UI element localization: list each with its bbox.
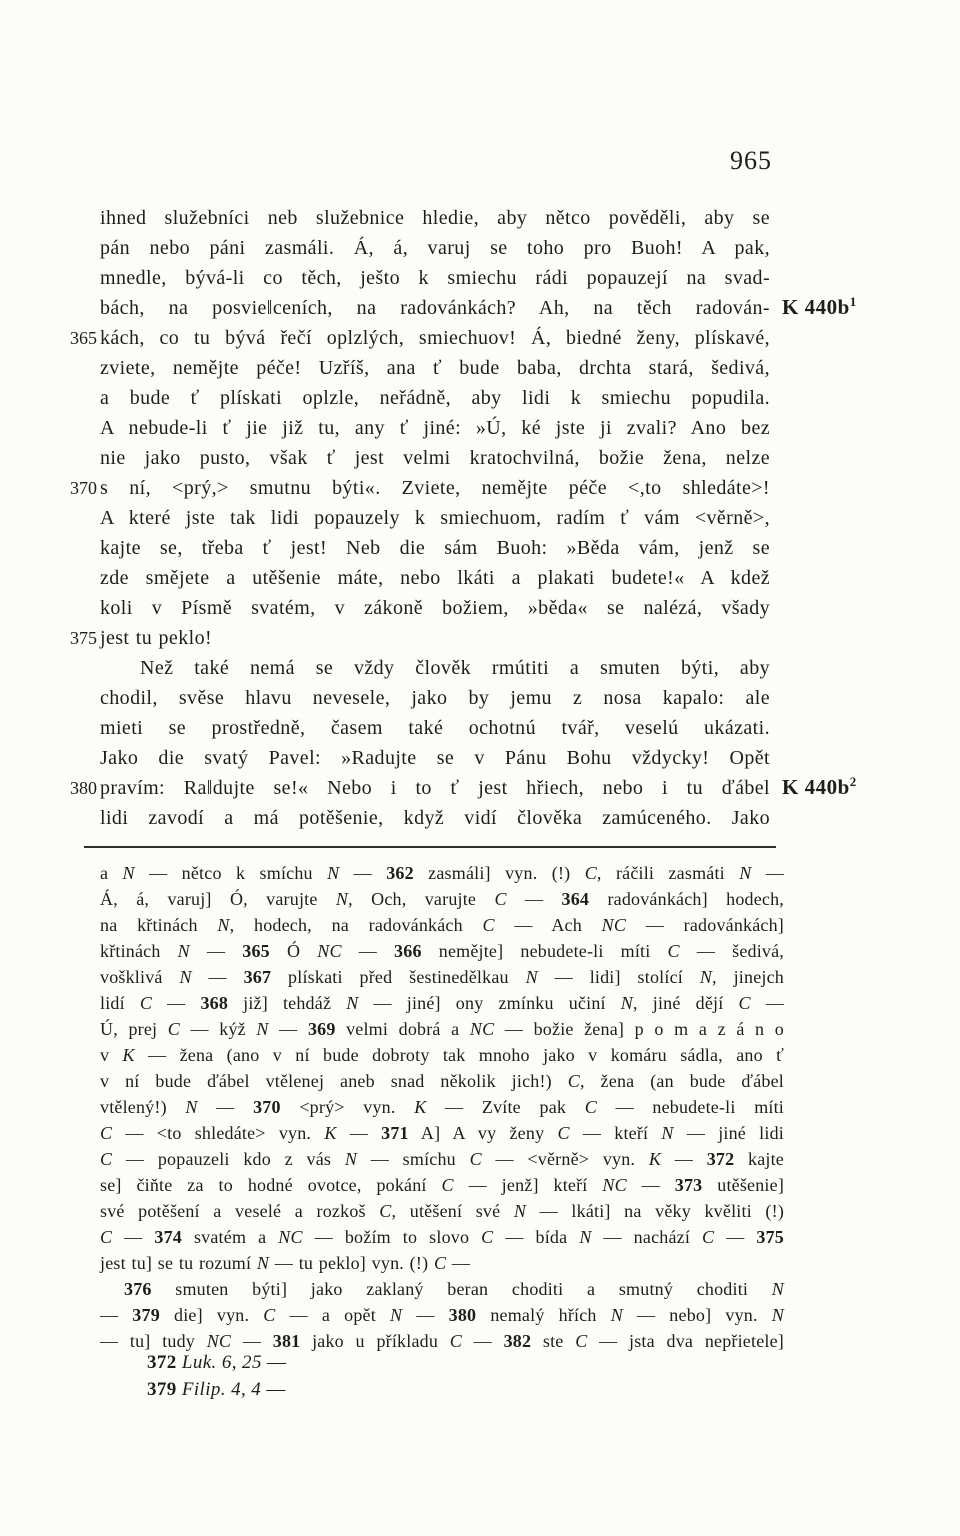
manuscript-siglum: N xyxy=(661,1123,673,1143)
text-segment: bách, na posvie‖ceních, na radovánkách? … xyxy=(100,297,770,319)
text-segment: křtinách xyxy=(100,941,178,961)
manuscript-siglum: NC xyxy=(470,1019,494,1039)
manuscript-siglum: C xyxy=(585,1097,597,1117)
manuscript-siglum: N xyxy=(336,889,348,909)
apparatus-line: 376 smuten býti] jako zaklaný beran chod… xyxy=(100,1276,784,1302)
line-reference-number: 369 xyxy=(308,1019,336,1039)
apparatus-line: lidí C — 368 již] tehdáž N — jiné] ony z… xyxy=(100,990,784,1016)
manuscript-siglum: C xyxy=(470,1149,482,1169)
text-segment: jest tu] se tu rozumí xyxy=(100,1253,257,1273)
main-text-line: 375jest tu peklo! xyxy=(100,623,770,653)
text-segment: — kýž xyxy=(180,1019,256,1039)
line-reference-number: 374 xyxy=(154,1227,182,1247)
verse-line-number: 380 xyxy=(70,773,97,803)
main-text-line: ihned služebníci neb služebnice hledie, … xyxy=(100,203,770,233)
critical-apparatus-block: a N — nětco k smíchu N — 362 zasmáli] vy… xyxy=(100,860,784,1354)
text-segment: — xyxy=(507,889,562,909)
manuscript-siglum: C xyxy=(168,1019,180,1039)
manuscript-siglum: N xyxy=(257,1253,269,1273)
apparatus-line: v ní bude ďábel vtělenej aneb snad někol… xyxy=(100,1068,784,1094)
text-segment: již] tehdáž xyxy=(228,993,346,1013)
text-segment: vtělený!) xyxy=(100,1097,185,1117)
text-segment: velmi dobrá a xyxy=(336,1019,470,1039)
main-text-line: zviete, nemějte péče! Uzříš, ana ť bude … xyxy=(100,353,770,383)
manuscript-siglum: C xyxy=(379,1201,391,1221)
manuscript-siglum: N xyxy=(514,1201,526,1221)
text-segment: — xyxy=(190,941,242,961)
text-segment: jest tu peklo! xyxy=(100,627,212,649)
main-text-line: pán nebo páni zasmáli. Á, á, varuj se to… xyxy=(100,233,770,263)
text-segment: — xyxy=(661,1149,707,1169)
text-segment: — xyxy=(751,993,784,1013)
main-text-line: koli v Písmě svatém, v zákoně božiem, »b… xyxy=(100,593,770,623)
main-text-line: nie jako pusto, však ť jest velmi kratoc… xyxy=(100,443,770,473)
manuscript-siglum: C xyxy=(575,1331,587,1351)
line-reference-number: 372 xyxy=(147,1352,177,1373)
text-segment: kách, co tu bývá řečí oplzlých, smiechuo… xyxy=(100,327,770,349)
text-segment: — kteří xyxy=(570,1123,662,1143)
main-text-line: bách, na posvie‖ceních, na radovánkách? … xyxy=(100,293,770,323)
apparatus-line: na křtinách N, hodech, na radovánkách C … xyxy=(100,912,784,938)
folio-superscript: 2 xyxy=(850,774,857,789)
text-segment: v xyxy=(100,1045,123,1065)
manuscript-siglum: C xyxy=(702,1227,714,1247)
text-segment: <prý> vyn. xyxy=(281,1097,415,1117)
apparatus-line: Á, á, varuj] Ó, varujte N, Och, varujte … xyxy=(100,886,784,912)
text-segment: — xyxy=(269,1019,308,1039)
text-segment: — smíchu xyxy=(357,1149,470,1169)
text-segment: na křtinách xyxy=(100,915,217,935)
text-segment: A nebude-li ť jie již tu, any ť jiné: »Ú… xyxy=(100,417,770,439)
line-reference-number: 366 xyxy=(394,941,422,961)
text-segment: — nebudete-li míti xyxy=(597,1097,784,1117)
text-segment: nemějte] nebudete-li míti xyxy=(422,941,668,961)
text-segment: — <věrně> vyn. xyxy=(482,1149,649,1169)
text-segment: nemalý hřích xyxy=(476,1305,610,1325)
text-segment: kajte xyxy=(734,1149,784,1169)
text-segment: — xyxy=(339,863,386,883)
line-reference-number: 365 xyxy=(242,941,270,961)
main-text-line: Než také nemá se vždy člověk rmútiti a s… xyxy=(100,653,770,683)
manuscript-siglum: N xyxy=(345,1149,357,1169)
line-reference-number: 364 xyxy=(562,889,590,909)
text-segment: , utěšení své xyxy=(392,1201,514,1221)
text-segment: — xyxy=(262,1352,287,1373)
manuscript-siglum: N xyxy=(179,967,191,987)
text-segment: — jenž] kteří xyxy=(454,1175,603,1195)
line-reference-number: 379 xyxy=(132,1305,160,1325)
text-segment: , hodech, na radovánkách xyxy=(230,915,483,935)
manuscript-siglum: N xyxy=(123,863,135,883)
manuscript-siglum: C xyxy=(263,1305,275,1325)
apparatus-line: v K — žena (ano v ní bude dobroty tak mn… xyxy=(100,1042,784,1068)
apparatus-line: jest tu] se tu rozumí N — tu peklo] vyn.… xyxy=(100,1250,784,1276)
manuscript-siglum: C xyxy=(100,1149,112,1169)
manuscript-siglum: Filip. 4, 4 xyxy=(182,1379,261,1400)
text-segment: lidi zavodí a má potěšenie, když vidí čl… xyxy=(100,807,770,829)
text-segment: — božím to slovo xyxy=(303,1227,481,1247)
main-text-line: Jako die svatý Pavel: »Radujte se v Pánu… xyxy=(100,743,770,773)
text-segment: — xyxy=(152,993,200,1013)
apparatus-line: vošklivá N — 367 plískati před šestinedě… xyxy=(100,964,784,990)
main-text-line: zde smějete a utěšenie máte, nebo lkáti … xyxy=(100,563,770,593)
text-segment: — jsta dva nepřietele] xyxy=(587,1331,784,1351)
text-segment: — popauzeli kdo z vás xyxy=(112,1149,345,1169)
manuscript-siglum: NC xyxy=(317,941,341,961)
main-text-line: chodil, svěse hlavu nevesele, jako by je… xyxy=(100,683,770,713)
text-segment: — radovánkách] xyxy=(626,915,784,935)
manuscript-siglum: N xyxy=(739,863,751,883)
manuscript-siglum: NC xyxy=(207,1331,231,1351)
line-reference-number: 370 xyxy=(253,1097,281,1117)
text-segment: — lkáti] na věky kvěliti (!) xyxy=(526,1201,784,1221)
text-segment: — tu peklo] vyn. (!) xyxy=(269,1253,434,1273)
line-reference-number: 375 xyxy=(756,1227,784,1247)
apparatus-line: C — <to shledáte> vyn. K — 371 A] A vy ž… xyxy=(100,1120,784,1146)
main-text-line: mieti se prostředně, časem také ochotnú … xyxy=(100,713,770,743)
manuscript-siglum: N xyxy=(185,1097,197,1117)
text-segment: nie jako pusto, však ť jest velmi kratoc… xyxy=(100,447,770,469)
text-segment: — Zvíte pak xyxy=(426,1097,584,1117)
apparatus-line: křtinách N — 365 Ó NC — 366 nemějte] neb… xyxy=(100,938,784,964)
reference-line: 372 Luk. 6, 25 — xyxy=(147,1349,647,1376)
manuscript-siglum: NC xyxy=(602,1175,626,1195)
text-segment: plískati před šestinedělkau xyxy=(271,967,525,987)
text-segment: jako u příkladu xyxy=(300,1331,449,1351)
text-segment: — lidi] stolící xyxy=(538,967,700,987)
text-segment: — šedivá, xyxy=(680,941,784,961)
text-segment: a bude ť plískati oplzle, neřádně, aby l… xyxy=(100,387,770,409)
biblical-references-block: 372 Luk. 6, 25 —379 Filip. 4, 4 — xyxy=(147,1349,647,1403)
text-segment: — xyxy=(337,1123,382,1143)
manuscript-siglum: C xyxy=(100,1227,112,1247)
verse-line-number: 370 xyxy=(70,473,97,503)
apparatus-line: Ú, prej C — kýž N — 369 velmi dobrá a NC… xyxy=(100,1016,784,1042)
line-reference-number: 382 xyxy=(504,1331,532,1351)
manuscript-siglum: K xyxy=(649,1149,661,1169)
manuscript-siglum: N xyxy=(327,863,339,883)
text-segment: — xyxy=(402,1305,448,1325)
text-segment: , ráčili zasmáti xyxy=(597,863,739,883)
manuscript-siglum: C xyxy=(739,993,751,1013)
text-segment: — žena (ano v ní bude dobroty tak mnoho … xyxy=(135,1045,784,1065)
apparatus-line: vtělený!) N — 370 <prý> vyn. K — Zvíte p… xyxy=(100,1094,784,1120)
text-segment: mnedle, bývá-li co těch, ješto k smiechu… xyxy=(100,267,770,289)
manuscript-siglum: C xyxy=(668,941,680,961)
manuscript-siglum: Luk. 6, 25 xyxy=(182,1352,262,1373)
manuscript-siglum: N xyxy=(772,1279,784,1299)
text-segment: a xyxy=(100,863,123,883)
text-segment: — xyxy=(231,1331,273,1351)
text-segment: svatém a xyxy=(182,1227,278,1247)
page-number: 965 xyxy=(640,146,772,176)
verse-line-number: 365 xyxy=(70,323,97,353)
text-segment: Než také nemá se vždy člověk rmútiti a s… xyxy=(140,657,770,679)
manuscript-siglum: C xyxy=(100,1123,112,1143)
manuscript-siglum: K xyxy=(123,1045,135,1065)
main-text-block: ihned služebníci neb služebnice hledie, … xyxy=(100,203,770,833)
text-segment: , jinejch xyxy=(712,967,784,987)
text-segment: , žena (an bude ďábel xyxy=(580,1071,784,1091)
manuscript-siglum: N xyxy=(390,1305,402,1325)
text-segment: Ó xyxy=(270,941,317,961)
text-segment: A které jste tak lidi popauzely k smiech… xyxy=(100,507,770,529)
line-reference-number: 381 xyxy=(273,1331,301,1351)
text-segment: — xyxy=(627,1175,675,1195)
main-text-line: a bude ť plískati oplzle, neřádně, aby l… xyxy=(100,383,770,413)
manuscript-siglum: C xyxy=(585,863,597,883)
text-segment: utěšenie] xyxy=(702,1175,784,1195)
reference-line: 379 Filip. 4, 4 — xyxy=(147,1376,647,1403)
text-segment: — nětco k smíchu xyxy=(135,863,327,883)
text-segment: chodil, svěse hlavu nevesele, jako by je… xyxy=(100,687,770,709)
text-segment: radovánkách] hodech, xyxy=(589,889,784,909)
text-segment: , jiné dějí xyxy=(633,993,738,1013)
text-segment: v ní bude ďábel vtělenej aneb snad někol… xyxy=(100,1071,568,1091)
manuscript-siglum: N xyxy=(346,993,358,1013)
text-segment: — xyxy=(261,1379,286,1400)
book-page: 965 ihned služebníci neb služebnice hled… xyxy=(0,0,960,1536)
text-segment: — Ach xyxy=(495,915,602,935)
text-segment: — xyxy=(751,863,784,883)
text-segment: s ní, <prý,> smutnu býti«. Zviete, neměj… xyxy=(100,477,770,499)
manuscript-siglum: C xyxy=(483,915,495,935)
manuscript-siglum: K xyxy=(414,1097,426,1117)
manuscript-siglum: C xyxy=(481,1227,493,1247)
folio-margin-note: K 440b2 xyxy=(782,772,857,802)
line-reference-number: 373 xyxy=(675,1175,703,1195)
line-reference-number: 371 xyxy=(381,1123,409,1143)
folio-margin-note: K 440b1 xyxy=(782,292,857,322)
text-segment: ste xyxy=(531,1331,575,1351)
folio-superscript: 1 xyxy=(850,294,857,309)
main-text-line: A nebude-li ť jie již tu, any ť jiné: »Ú… xyxy=(100,413,770,443)
text-segment: — xyxy=(112,1227,154,1247)
main-text-line: 370s ní, <prý,> smutnu býti«. Zviete, ne… xyxy=(100,473,770,503)
main-text-line: lidi zavodí a má potěšenie, když vidí čl… xyxy=(100,803,770,833)
text-segment: — nachází xyxy=(592,1227,702,1247)
line-reference-number: 367 xyxy=(244,967,272,987)
manuscript-siglum: N xyxy=(611,1305,623,1325)
text-segment: smuten býti] jako zaklaný beran choditi … xyxy=(152,1279,772,1299)
text-segment: A] A vy ženy xyxy=(409,1123,558,1143)
line-reference-number: 376 xyxy=(124,1279,152,1299)
text-segment: — božie žena] p o m a z á n o xyxy=(494,1019,784,1039)
text-segment: , Och, varujte xyxy=(348,889,494,909)
text-segment: kajte se, třeba ť jest! Neb die sám Buoh… xyxy=(100,537,770,559)
line-reference-number: 368 xyxy=(200,993,228,1013)
main-text-line: kajte se, třeba ť jest! Neb die sám Buoh… xyxy=(100,533,770,563)
text-segment: koli v Písmě svatém, v zákoně božiem, »b… xyxy=(100,597,770,619)
text-segment: lidí xyxy=(100,993,140,1013)
apparatus-line: své potěšení a veselé a rozkoš C, utěšen… xyxy=(100,1198,784,1224)
manuscript-siglum: N xyxy=(217,915,229,935)
text-segment: zasmáli] vyn. (!) xyxy=(414,863,585,883)
text-segment: — xyxy=(192,967,244,987)
line-reference-number: 380 xyxy=(449,1305,477,1325)
verse-line-number: 375 xyxy=(70,623,97,653)
manuscript-siglum: NC xyxy=(602,915,626,935)
manuscript-siglum: N xyxy=(526,967,538,987)
manuscript-siglum: C xyxy=(450,1331,462,1351)
text-segment: Jako die svatý Pavel: »Radujte se v Pánu… xyxy=(100,747,770,769)
manuscript-siglum: NC xyxy=(278,1227,302,1247)
apparatus-separator-rule xyxy=(84,846,776,848)
main-text-line: A které jste tak lidi popauzely k smiech… xyxy=(100,503,770,533)
apparatus-line: C — popauzeli kdo z vás N — smíchu C — <… xyxy=(100,1146,784,1172)
text-segment: — bída xyxy=(493,1227,579,1247)
text-segment: — nebo] vyn. xyxy=(623,1305,772,1325)
text-segment: zde smějete a utěšenie máte, nebo lkáti … xyxy=(100,567,770,589)
text-segment: — jiné lidi xyxy=(674,1123,784,1143)
line-reference-number: 379 xyxy=(147,1379,177,1400)
text-segment: — xyxy=(714,1227,756,1247)
manuscript-siglum: C xyxy=(140,993,152,1013)
text-segment: se] čiňte za to hodné ovotce, pokání xyxy=(100,1175,442,1195)
manuscript-siglum: C xyxy=(434,1253,446,1273)
manuscript-siglum: C xyxy=(442,1175,454,1195)
text-segment: pán nebo páni zasmáli. Á, á, varuj se to… xyxy=(100,237,770,259)
text-segment: — xyxy=(100,1305,132,1325)
manuscript-siglum: C xyxy=(568,1071,580,1091)
text-segment: Á, á, varuj] Ó, varujte xyxy=(100,889,336,909)
manuscript-siglum: K xyxy=(324,1123,336,1143)
text-segment: zviete, nemějte péče! Uzříš, ana ť bude … xyxy=(100,357,770,379)
main-text-line: mnedle, bývá-li co těch, ješto k smiechu… xyxy=(100,263,770,293)
text-segment: Ú, prej xyxy=(100,1019,168,1039)
manuscript-siglum: N xyxy=(256,1019,268,1039)
text-segment: — xyxy=(342,941,394,961)
text-segment: pravím: Ra‖dujte se!« Nebo i to ť jest h… xyxy=(100,777,770,799)
text-segment: — xyxy=(446,1253,470,1273)
line-reference-number: 362 xyxy=(386,863,414,883)
text-segment: vošklivá xyxy=(100,967,179,987)
manuscript-siglum: C xyxy=(557,1123,569,1143)
manuscript-siglum: N xyxy=(621,993,633,1013)
apparatus-line: — 379 die] vyn. C — a opět N — 380 nemal… xyxy=(100,1302,784,1328)
text-segment: mieti se prostředně, časem také ochotnú … xyxy=(100,717,770,739)
manuscript-siglum: N xyxy=(700,967,712,987)
manuscript-siglum: N xyxy=(178,941,190,961)
manuscript-siglum: N xyxy=(579,1227,591,1247)
text-segment: své potěšení a veselé a rozkoš xyxy=(100,1201,379,1221)
main-text-line: 380pravím: Ra‖dujte se!« Nebo i to ť jes… xyxy=(100,773,770,803)
text-segment: ihned služebníci neb služebnice hledie, … xyxy=(100,207,770,229)
manuscript-siglum: N xyxy=(772,1305,784,1325)
apparatus-line: a N — nětco k smíchu N — 362 zasmáli] vy… xyxy=(100,860,784,886)
text-segment: — xyxy=(198,1097,253,1117)
text-segment: die] vyn. xyxy=(160,1305,263,1325)
text-segment: — xyxy=(462,1331,504,1351)
main-text-line: 365kách, co tu bývá řečí oplzlých, smiec… xyxy=(100,323,770,353)
text-segment: — <to shledáte> vyn. xyxy=(112,1123,324,1143)
apparatus-line: se] čiňte za to hodné ovotce, pokání C —… xyxy=(100,1172,784,1198)
line-reference-number: 372 xyxy=(707,1149,735,1169)
text-segment: — tu] tudy xyxy=(100,1331,207,1351)
manuscript-siglum: C xyxy=(494,889,506,909)
text-segment: — a opět xyxy=(275,1305,390,1325)
text-segment: — jiné] ony zmínku učiní xyxy=(358,993,620,1013)
apparatus-line: C — 374 svatém a NC — božím to slovo C —… xyxy=(100,1224,784,1250)
